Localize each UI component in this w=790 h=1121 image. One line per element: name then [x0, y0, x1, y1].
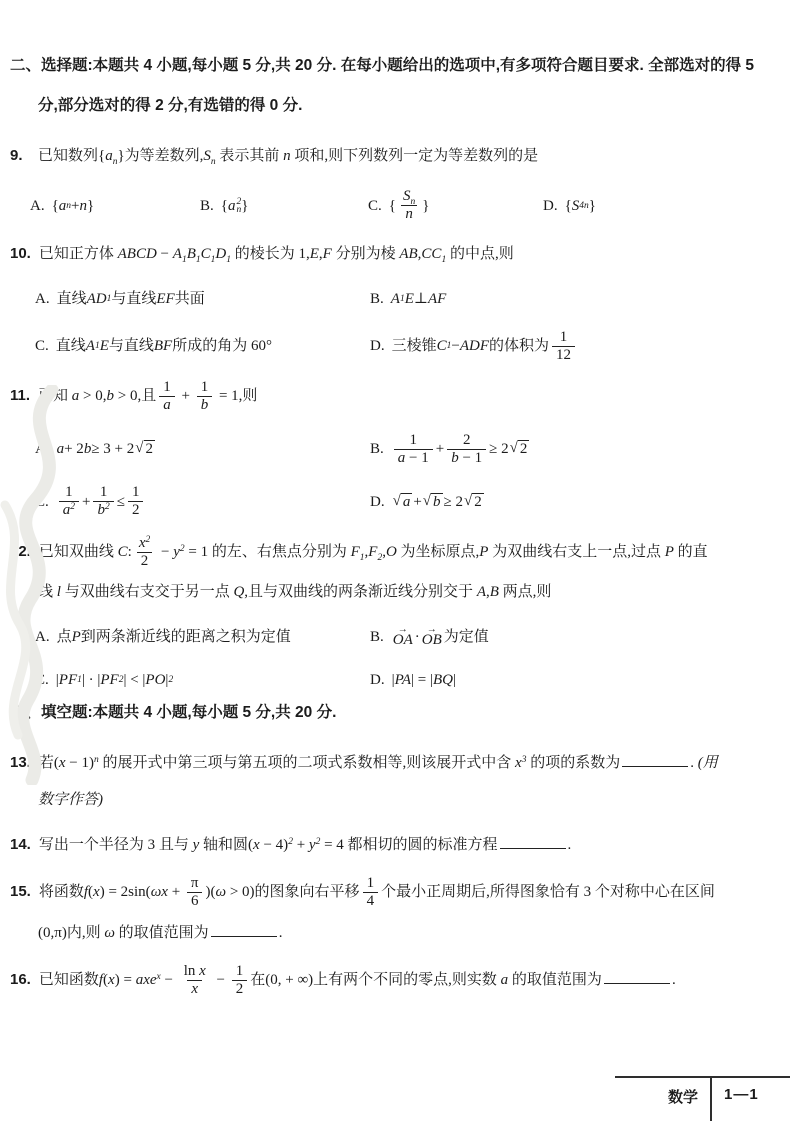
option-label: A. [35, 624, 50, 650]
math-variable: PF [100, 667, 118, 693]
text-run: (0,π)内,则 [38, 925, 104, 941]
text-run: 与双曲线右支交于另一点 [61, 584, 234, 600]
sqrt-radical: √2 [135, 440, 155, 458]
math-variable: C [437, 333, 447, 359]
text-run: − [157, 246, 173, 262]
text-run: − [157, 544, 173, 560]
text-run: > 0)的图象向右平移 [226, 884, 359, 900]
text-run: + [71, 193, 79, 219]
stem-line: 16.已知函数f(x) = axex − ln xx − 12在(0, + ∞)… [10, 963, 780, 999]
question-number: 12. [10, 537, 31, 567]
fraction: 1a [159, 379, 175, 415]
math-variable: axe [136, 972, 157, 988]
numerator: 1 [159, 379, 175, 396]
math-variable: b [107, 388, 115, 404]
stem-line: 14.写出一个半径为 3 且与 y 轴和圆(x − 4)2 + y2 = 4 都… [10, 830, 780, 860]
math-variable: F [323, 246, 332, 262]
text-run: )( [206, 884, 216, 900]
text-run: 2 [463, 432, 471, 448]
math-variable: y [173, 544, 180, 560]
stem-text: 已知数列{an}为等差数列,Sn 表示其前 n 项和,则下列数列一定为等差数列的… [38, 141, 780, 171]
question-13: 13.若(x − 1)n 的展开式中第三项与第五项的二项式系数相等,则该展开式中… [10, 748, 780, 815]
option-C: C.{Snn} [368, 188, 543, 224]
vector-base: OA [393, 633, 413, 648]
fraction: 1a − 1 [394, 432, 433, 468]
text-run: + [168, 884, 184, 900]
math-variable: E [310, 246, 319, 262]
text-run: ≥ 3 + 2 [91, 436, 134, 462]
text-run: > 0,且 [114, 388, 156, 404]
text-run: 项和,则下列数列一定为等差数列的是 [291, 148, 539, 164]
text-run: ⊥ [414, 286, 428, 312]
text-run: 1 [410, 432, 418, 448]
fraction: 1a2 [59, 484, 79, 520]
math-variable: x [191, 981, 198, 997]
option-label: C. [35, 489, 49, 515]
fraction: x22 [135, 535, 154, 571]
numerator: 1 [232, 963, 248, 980]
text-run: 的直 [674, 544, 708, 560]
question-11: 11.已知 a > 0,b > 0,且1a + 1b = 1,则A.a + 2b… [10, 379, 780, 520]
radicand: b [431, 493, 443, 511]
text-run: 6 [191, 893, 199, 909]
vector: →OA [393, 626, 413, 648]
questions-area: 二、选择题:本题共 4 小题,每小题 5 分,共 20 分. 在每小题给出的选项… [10, 46, 780, 998]
math-variable: x [108, 972, 115, 988]
option-label: D. [370, 333, 385, 359]
option-D: D.√a + √b ≥ 2√2 [370, 489, 780, 515]
text-run: 1 [367, 875, 375, 891]
text-run: 的取值范围为 [115, 925, 209, 941]
text-run: 的中点,则 [446, 246, 514, 262]
superscript: 2 [70, 502, 75, 512]
text-run: + [413, 489, 421, 515]
text-run: − [451, 333, 459, 359]
math-variable: a [163, 397, 171, 413]
math-variable: C [201, 246, 211, 262]
question-10: 10.已知正方体 ABCD − A1B1C1D1 的棱长为 1,E,F 分别为棱… [10, 239, 780, 365]
vector-base: OB [422, 633, 442, 648]
text-run: 2 [146, 441, 154, 457]
denominator: n [401, 205, 417, 223]
options-row: C.|PF1| · |PF2| < |PO|2D.|PA| = |BQ| [10, 667, 780, 693]
option-C: C.|PF1| · |PF2| < |PO|2 [35, 667, 370, 693]
math-variable: a [57, 436, 65, 462]
math-variable: E [405, 286, 414, 312]
option-label: D. [370, 489, 385, 515]
denominator: 6 [187, 892, 203, 910]
option-B: B.{a2n} [200, 193, 368, 219]
math-variable: A [477, 584, 486, 600]
math-variable: B [490, 584, 499, 600]
text-run: 直线 [56, 333, 86, 359]
text-run: . [279, 925, 283, 941]
math-variable: AB [399, 246, 417, 262]
answer-blank [604, 968, 670, 984]
text-run: } [241, 193, 248, 219]
math-variable: b [97, 502, 105, 518]
bold-text: 三、填空题:本题共 4 小题,每小题 5 分,共 20 分. [10, 704, 336, 721]
numerator: 1 [406, 432, 422, 449]
fraction: 12 [232, 963, 248, 999]
math-variable: ω [104, 925, 115, 941]
math-variable: n [283, 148, 291, 164]
text-run: 轴和圆( [199, 837, 253, 853]
question-14: 14.写出一个半径为 3 且与 y 轴和圆(x − 4)2 + y2 = 4 都… [10, 830, 780, 860]
option-C: C.1a2 + 1b2 ≤ 12 [35, 484, 370, 520]
fraction: 1b2 [93, 484, 113, 520]
text-run: 将函数 [39, 884, 84, 900]
math-variable: a [59, 193, 67, 219]
text-run: > 0, [79, 388, 106, 404]
radicand: 2 [518, 440, 530, 458]
footer-subject-label: 数学 [615, 1078, 710, 1121]
text-run: − [161, 972, 177, 988]
text-run: 2 [474, 494, 482, 510]
text-run: ,且与双曲线的两条渐近线分别交于 [244, 584, 477, 600]
text-run: 两点,则 [499, 584, 552, 600]
text-run: 1 [100, 484, 108, 500]
numerator: ln x [180, 963, 210, 980]
option-label: B. [200, 193, 214, 219]
stem-line: 9.已知数列{an}为等差数列,Sn 表示其前 n 项和,则下列数列一定为等差数… [10, 141, 780, 171]
text-run: 到两条渐近线的距离之积为定值 [81, 624, 291, 650]
radical-sign: √ [393, 493, 401, 510]
math-variable: D [215, 246, 226, 262]
text-run: 4 [367, 893, 375, 909]
text-run: . [690, 755, 698, 771]
text-run: 点 [57, 624, 72, 650]
radical-sign: √ [510, 440, 518, 457]
option-label: A. [35, 436, 50, 462]
text-run: + [82, 489, 90, 515]
text-run: + [436, 436, 444, 462]
note-text: (用 [698, 755, 718, 771]
option-label: C. [368, 193, 382, 219]
radicand: 2 [472, 493, 484, 511]
option-label: D. [543, 193, 558, 219]
denominator: x [187, 980, 202, 998]
text-run: 表示其前 [216, 148, 284, 164]
text-run: { [221, 193, 228, 219]
text-run: 的体积为 [489, 333, 549, 359]
text-run: ) = [115, 972, 136, 988]
radical-sign: √ [135, 440, 143, 457]
text-run: } [422, 193, 429, 219]
text-run: { [565, 193, 572, 219]
text-run: − 1) [66, 755, 94, 771]
denominator: 2 [232, 980, 248, 998]
superscript: 2 [145, 535, 150, 545]
text-run: ≥ 2 [444, 489, 463, 515]
text-run: 1 [201, 379, 209, 395]
text-run: + [293, 837, 309, 853]
math-variable: n [80, 193, 88, 219]
text-run: 个最小正周期后,所得图象恰有 3 个对称中心在区间 [381, 884, 715, 900]
text-run: 1 [560, 329, 568, 345]
math-variable: OA [393, 632, 413, 648]
denominator: a2 [59, 501, 79, 519]
numerator: Sn [399, 188, 419, 205]
text-run: 12 [556, 347, 571, 363]
math-variable: F [351, 544, 360, 560]
denominator: b2 [93, 501, 113, 519]
math-variable: OB [422, 632, 442, 648]
text-run: ≤ [117, 489, 125, 515]
math-variable: ω [151, 884, 162, 900]
option-label: B. [370, 286, 384, 312]
text-run: 与直线 [111, 286, 156, 312]
math-variable: PF [59, 667, 77, 693]
fraction: 2b − 1 [447, 432, 486, 468]
math-variable: b [84, 436, 92, 462]
text-run: = 1 的左、右焦点分别为 [185, 544, 351, 560]
option-A: A.a + 2b ≥ 3 + 2√2 [35, 436, 370, 462]
text-run: − [213, 972, 229, 988]
text-run: { [389, 193, 396, 219]
math-variable: BQ [433, 667, 453, 693]
question-number: 9. [10, 141, 30, 171]
stem-text: 若(x − 1)n 的展开式中第三项与第五项的二项式系数相等,则该展开式中含 x… [39, 748, 780, 778]
text-run: 为坐标原点, [397, 544, 480, 560]
text-run: · [415, 624, 420, 650]
math-variable: x [161, 884, 168, 900]
math-variable: AF [428, 286, 446, 312]
text-run: 直线 [57, 286, 87, 312]
text-run: 三棱锥 [392, 333, 437, 359]
fraction: ln xx [180, 963, 210, 999]
options-row: C.1a2 + 1b2 ≤ 12D.√a + √b ≥ 2√2 [10, 484, 780, 520]
options-row: C.直线 A1E 与直线 BF 所成的角为 60°D.三棱锥 C1 − ADF … [10, 329, 780, 365]
text-run: }为等差数列, [117, 148, 203, 164]
note-text: 数字作答) [38, 792, 103, 808]
radicand: 2 [144, 440, 156, 458]
options-row: A.直线 AD1 与直线 EF 共面B.A1E⊥AF [10, 286, 780, 312]
question-number: 13. [10, 748, 31, 778]
math-variable: x [199, 963, 206, 979]
question-number: 16. [10, 965, 31, 995]
text-run: 分别为棱 [332, 246, 400, 262]
question-number: 10. [10, 239, 31, 269]
multiple-choice-section-header: 二、选择题:本题共 4 小题,每小题 5 分,共 20 分. 在每小题给出的选项… [10, 46, 780, 126]
question-number: 15. [10, 877, 31, 907]
text-run: 为定值 [444, 624, 489, 650]
denominator: a − 1 [394, 449, 433, 467]
fraction: π6 [187, 875, 203, 911]
text-run: 已知 [38, 388, 72, 404]
options-row: A.点 P 到两条渐近线的距离之积为定值B.→OA · →OB为定值 [10, 624, 780, 650]
text-run: 的棱长为 1, [231, 246, 310, 262]
stem-line: 线 l 与双曲线右支交于另一点 Q,且与双曲线的两条渐近线分别交于 A,B 两点… [10, 577, 780, 607]
math-variable: ADF [460, 333, 489, 359]
math-variable: ABCD [118, 246, 157, 262]
numerator: 2 [459, 432, 475, 449]
option-label: C. [35, 667, 49, 693]
numerator: 1 [96, 484, 112, 501]
stem-line: 15.将函数f(x) = 2sin(ωx + π6)(ω > 0)的图象向右平移… [10, 875, 780, 911]
math-variable: P [72, 624, 81, 650]
text-run: 2 [236, 981, 244, 997]
text-run: + [178, 388, 194, 404]
bold-text: 分,部分选对的得 2 分,有选错的得 0 分. [38, 97, 302, 114]
radical-sign: √ [423, 493, 431, 510]
math-variable: Q [233, 584, 244, 600]
math-variable: A [391, 286, 400, 312]
option-B: B.1a − 1 + 2b − 1 ≥ 2√2 [370, 432, 780, 468]
exam-page: 二、选择题:本题共 4 小题,每小题 5 分,共 20 分. 在每小题给出的选项… [0, 0, 790, 1121]
denominator: b − 1 [447, 449, 486, 467]
math-variable: S [203, 148, 211, 164]
stem-line: 10.已知正方体 ABCD − A1B1C1D1 的棱长为 1,E,F 分别为棱… [10, 239, 780, 269]
option-A: A.直线 AD1 与直线 EF 共面 [35, 286, 370, 312]
math-variable: A [173, 246, 182, 262]
math-variable: n [405, 206, 413, 222]
text-run: | · | [82, 667, 101, 693]
text-run: − 1 [405, 450, 428, 466]
stem-line: 12.已知双曲线 C:x22 − y2 = 1 的左、右焦点分别为 F1,F2,… [10, 535, 780, 571]
radical-sign: √ [464, 493, 472, 510]
stem-line: 11.已知 a > 0,b > 0,且1a + 1b = 1,则 [10, 379, 780, 415]
text-run: } [589, 193, 596, 219]
option-label: A. [35, 286, 50, 312]
math-variable: CC [421, 246, 441, 262]
text-run: | < | [123, 667, 145, 693]
math-variable: BF [154, 333, 172, 359]
text-run: | = | [411, 667, 433, 693]
numerator: x2 [135, 535, 154, 552]
math-variable: b [433, 494, 441, 510]
option-B: B.A1E⊥AF [370, 286, 780, 312]
options-row: A.{an + n}B.{a2n}C.{Snn}D.{S4n} [10, 188, 780, 224]
math-variable: y [309, 837, 316, 853]
stem-text: 已知双曲线 C:x22 − y2 = 1 的左、右焦点分别为 F1,F2,O 为… [39, 535, 780, 571]
text-run: . [568, 837, 572, 853]
text-run: ) = 2sin( [100, 884, 151, 900]
text-run: 2 [141, 553, 149, 569]
numerator: 1 [363, 875, 379, 892]
text-run: } [87, 193, 94, 219]
text-run: 2 [520, 441, 528, 457]
option-label: B. [370, 624, 384, 650]
page-footer: 数学 1—1 [615, 1076, 790, 1121]
text-run: 已知正方体 [39, 246, 118, 262]
denominator: 2 [128, 501, 144, 519]
text-run: ln [184, 963, 199, 979]
section-header-line: 分,部分选对的得 2 分,有选错的得 0 分. [10, 86, 780, 126]
fraction: 1b [197, 379, 213, 415]
text-run: 2 [132, 502, 140, 518]
sqrt-radical: √a [393, 493, 413, 511]
text-run: 若( [39, 755, 59, 771]
stem-line: (0,π)内,则 ω 的取值范围为. [10, 918, 780, 948]
math-variable: x [59, 755, 66, 771]
stem-text: 写出一个半径为 3 且与 y 轴和圆(x − 4)2 + y2 = 4 都相切的… [39, 830, 780, 860]
math-variable: ω [216, 884, 227, 900]
option-D: D.{S4n} [543, 193, 780, 219]
math-variable: AD [87, 286, 107, 312]
text-run: : [128, 544, 132, 560]
text-run: 的项的系数为 [526, 755, 620, 771]
fraction: Snn [399, 188, 419, 224]
numerator: 1 [197, 379, 213, 396]
question-15: 15.将函数f(x) = 2sin(ωx + π6)(ω > 0)的图象向右平移… [10, 875, 780, 948]
math-variable: b [201, 397, 209, 413]
text-run: 已知双曲线 [39, 544, 118, 560]
stem-line: 数字作答) [10, 785, 780, 815]
sqrt-radical: √2 [464, 493, 484, 511]
options-row: A.a + 2b ≥ 3 + 2√2B.1a − 1 + 2b − 1 ≥ 2√… [10, 432, 780, 468]
math-variable: a [403, 494, 411, 510]
fraction: 112 [552, 329, 575, 365]
stem-text: 已知函数f(x) = axex − ln xx − 12在(0, + ∞)上有两… [39, 963, 780, 999]
text-run: 与直线 [109, 333, 154, 359]
fraction: 14 [363, 875, 379, 911]
math-variable: b [451, 450, 459, 466]
text-run: 1 [132, 484, 140, 500]
denominator: 12 [552, 346, 575, 364]
text-run: 1 [163, 379, 171, 395]
text-run: 共面 [175, 286, 205, 312]
text-run: = 4 都相切的圆的标准方程 [320, 837, 497, 853]
numerator: 1 [128, 484, 144, 501]
math-variable: x [253, 837, 260, 853]
option-A: A.点 P 到两条渐近线的距离之积为定值 [35, 624, 370, 650]
answer-blank [500, 833, 566, 849]
text-run: π [191, 875, 199, 891]
text-run: 写出一个半径为 3 且与 [39, 837, 193, 853]
text-run: { [52, 193, 59, 219]
fraction: 12 [128, 484, 144, 520]
text-run: ≥ 2 [489, 436, 508, 462]
text-run: 为双曲线右支上一点,过点 [488, 544, 664, 560]
math-variable: B [187, 246, 196, 262]
text-run: 1 [236, 963, 244, 979]
text-run: = 1,则 [215, 388, 257, 404]
math-variable: E [100, 333, 109, 359]
numerator: 1 [61, 484, 77, 501]
math-variable: PA [395, 667, 411, 693]
radicand: a [401, 493, 413, 511]
math-variable: a [105, 148, 113, 164]
option-label: A. [30, 193, 45, 219]
text-run: 的取值范围为 [508, 972, 602, 988]
stem-text: 已知正方体 ABCD − A1B1C1D1 的棱长为 1,E,F 分别为棱 AB… [39, 239, 780, 269]
text-run: − 1 [459, 450, 482, 466]
option-B: B.→OA · →OB为定值 [370, 624, 780, 650]
question-number: 14. [10, 830, 31, 860]
math-variable: A [86, 333, 95, 359]
answer-blank [622, 751, 688, 767]
text-run: − 4) [260, 837, 288, 853]
math-variable: PO [145, 667, 165, 693]
question-9: 9.已知数列{an}为等差数列,Sn 表示其前 n 项和,则下列数列一定为等差数… [10, 141, 780, 224]
text-run: 1 [65, 484, 73, 500]
math-variable: P [665, 544, 674, 560]
question-12: 12.已知双曲线 C:x22 − y2 = 1 的左、右焦点分别为 F1,F2,… [10, 535, 780, 694]
option-label: B. [370, 436, 384, 462]
math-variable: a [228, 193, 236, 219]
text-run: . [672, 972, 676, 988]
math-variable: EF [156, 286, 174, 312]
text-run: 线 [38, 584, 57, 600]
sqrt-radical: √2 [510, 440, 530, 458]
stem-text: 将函数f(x) = 2sin(ωx + π6)(ω > 0)的图象向右平移14个… [39, 875, 780, 911]
text-run: 在(0, + ∞)上有两个不同的零点,则实数 [250, 972, 500, 988]
option-label: D. [370, 667, 385, 693]
numerator: 1 [556, 329, 572, 346]
sqrt-radical: √b [423, 493, 443, 511]
text-run: | [453, 667, 456, 693]
